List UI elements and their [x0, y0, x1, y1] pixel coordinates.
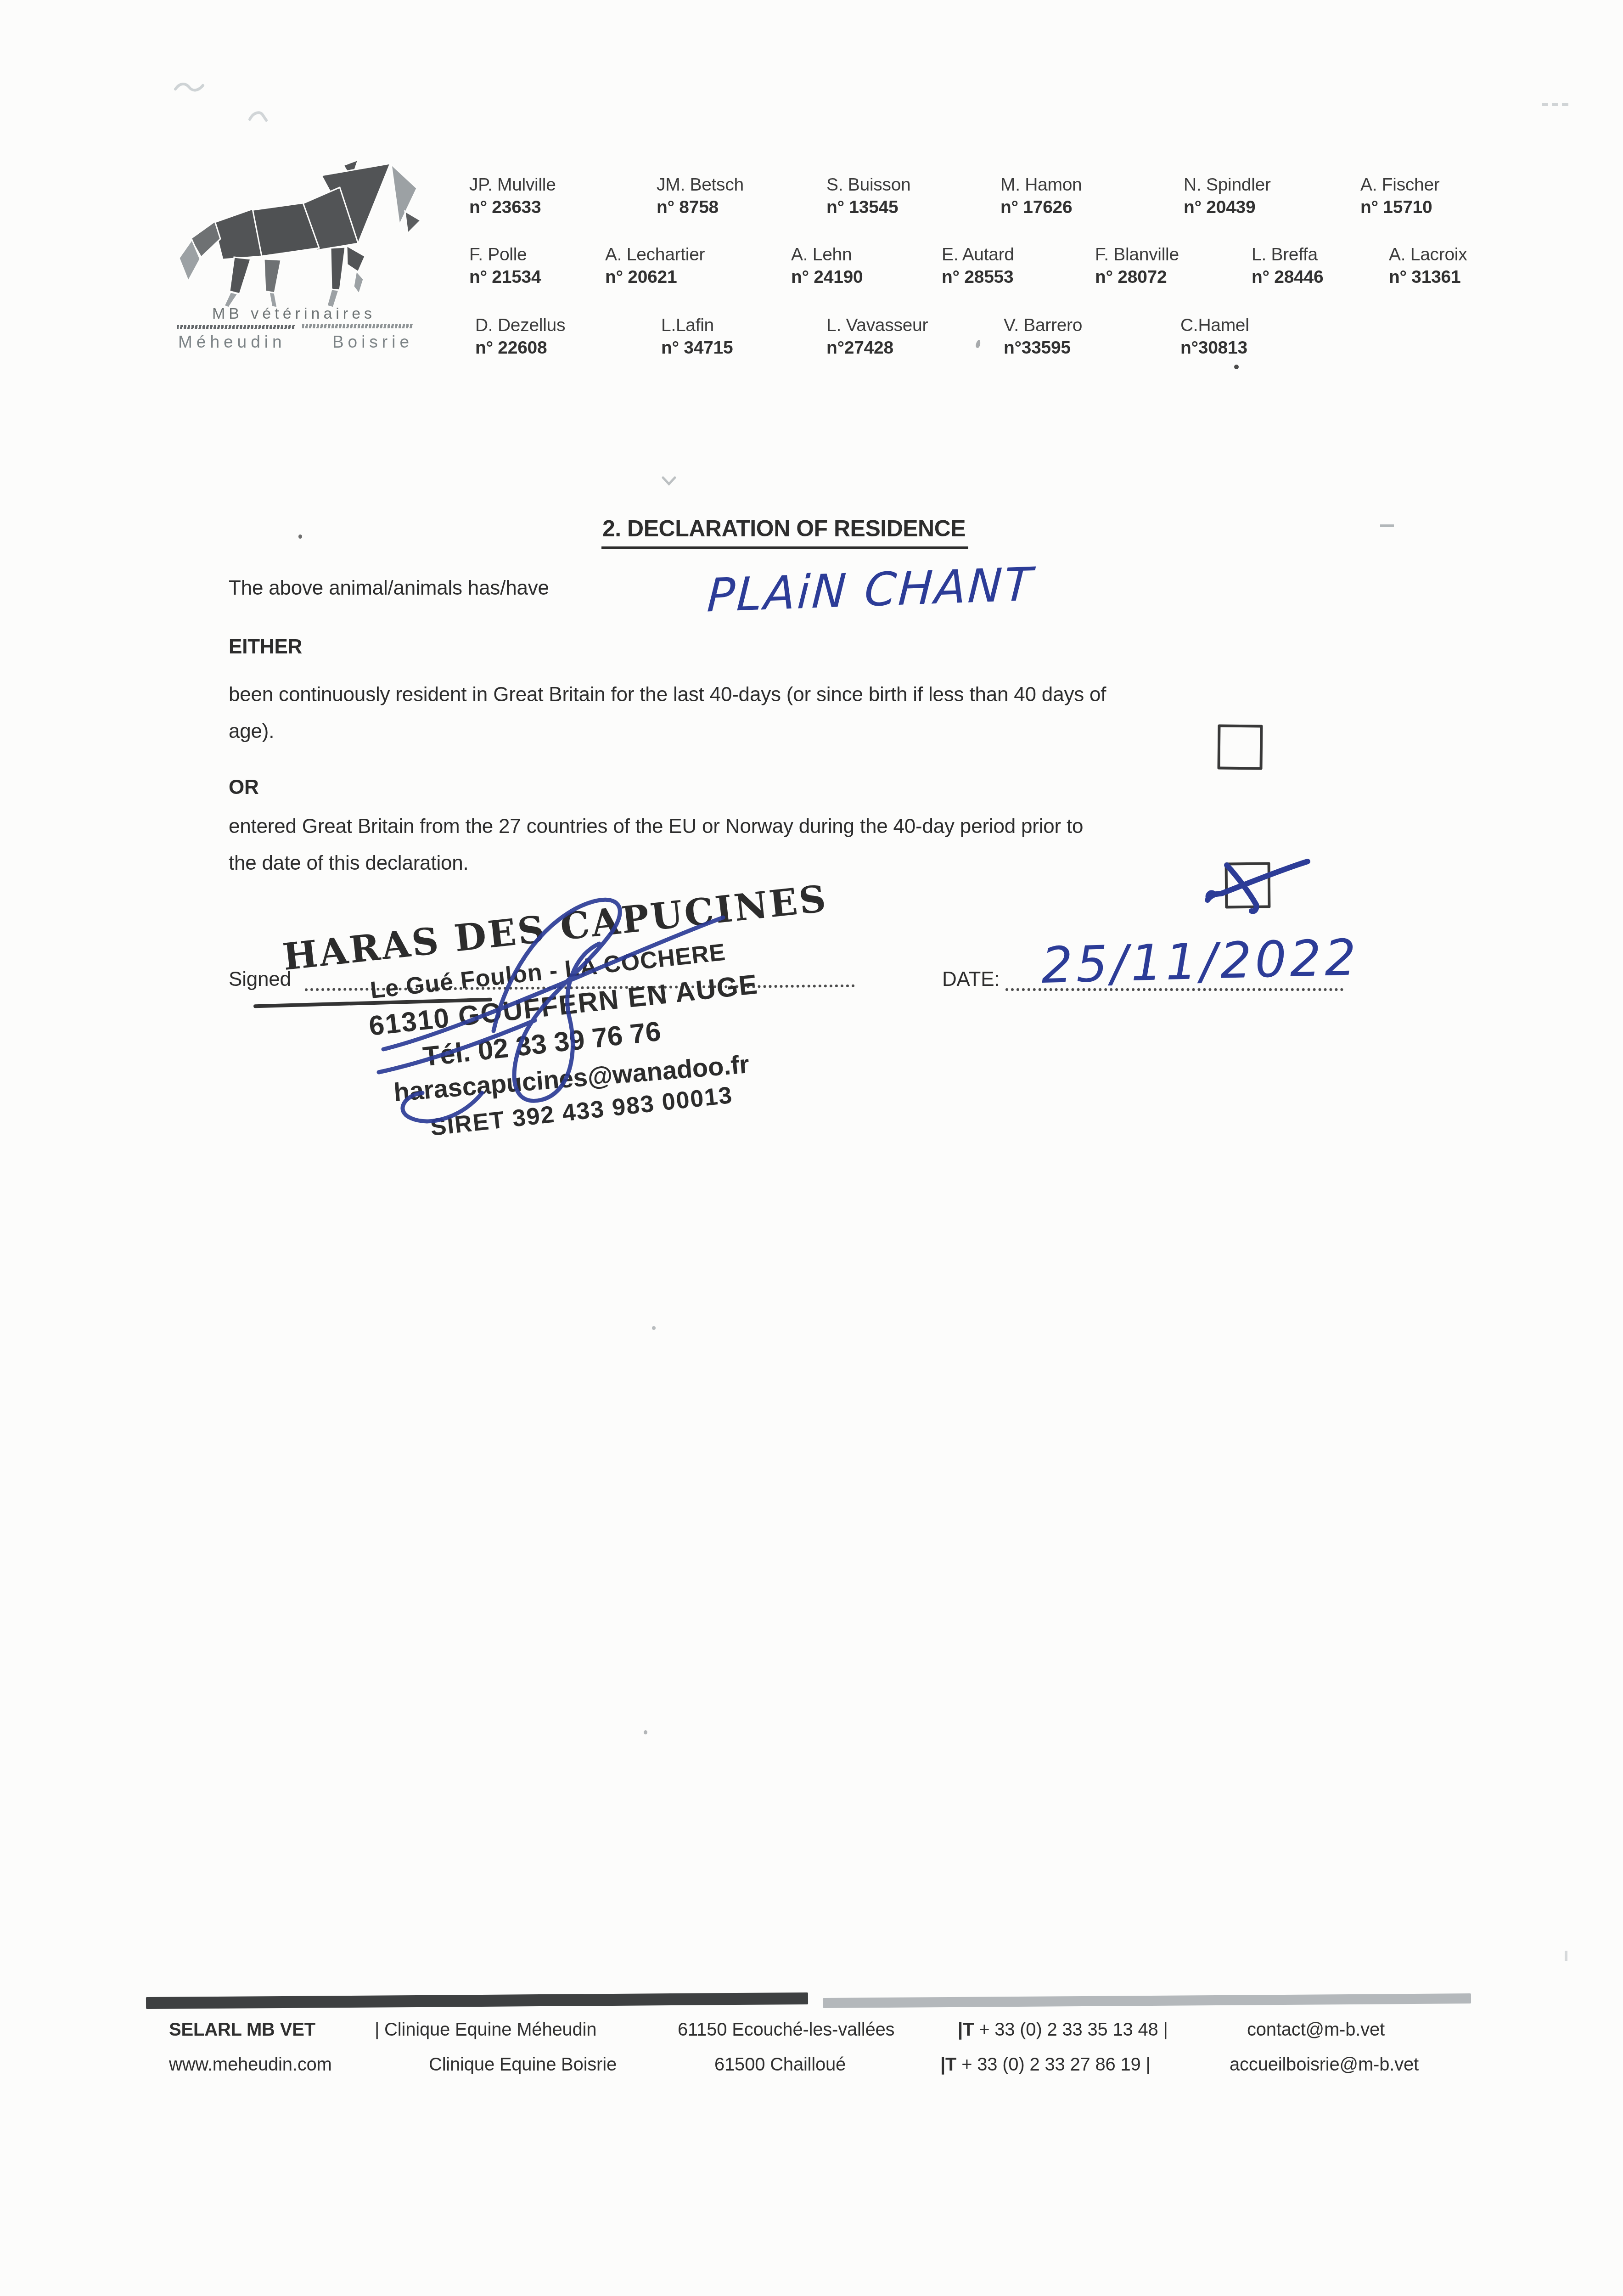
vet-entry: A. Lehn n° 24190: [791, 242, 863, 287]
vet-number: n° 28446: [1252, 267, 1323, 287]
footer-address-1: 61150 Ecouché-les-vallées: [678, 2020, 894, 2040]
footer-website: www.meheudin.com: [169, 2054, 332, 2075]
vet-name: C.Hamel: [1180, 313, 1249, 338]
origami-horse-logo-icon: [165, 156, 422, 308]
vet-name: D. Dezellus: [475, 313, 565, 338]
footer-bar-light: [823, 1993, 1471, 2008]
vet-entry: M. Hamon n° 17626: [1000, 173, 1082, 218]
vet-entry: F. Polle n° 21534: [469, 242, 541, 287]
vet-entry: L. Breffa n° 28446: [1252, 242, 1323, 287]
or-text-line: the date of this declaration.: [229, 852, 469, 875]
vet-number: n° 22608: [475, 338, 565, 358]
scan-noise-mark: [1542, 103, 1571, 106]
vet-number: n° 24190: [791, 267, 863, 287]
either-text-line: been continuously resident in Great Brit…: [229, 683, 1106, 706]
brand-name-boisrie: Boisrie: [332, 332, 413, 352]
vet-number: n°30813: [1180, 338, 1249, 358]
scan-noise-mark: [1380, 524, 1394, 527]
footer-clinic-2: Clinique Equine Boisrie: [429, 2054, 617, 2075]
vet-name: A. Lehn: [791, 242, 863, 267]
vet-number: n° 21534: [469, 267, 541, 287]
footer-email-1: contact@m-b.vet: [1247, 2020, 1385, 2040]
footer-phone-1: |T + 33 (0) 2 33 35 13 48 |: [958, 2020, 1168, 2040]
vet-entry: A. Fischer n° 15710: [1360, 173, 1440, 218]
vet-number: n°27428: [826, 338, 928, 358]
vet-entry: A. Lechartier n° 20621: [605, 242, 705, 287]
scan-noise-mark: [247, 108, 270, 124]
scan-noise-mark: [661, 475, 677, 487]
footer-phone-2-t: |T: [940, 2054, 956, 2075]
intro-label: The above animal/animals has/have: [229, 577, 549, 600]
vet-name: JP. Mulville: [469, 173, 556, 197]
vet-number: n° 28072: [1095, 267, 1179, 287]
vet-entry: F. Blanville n° 28072: [1095, 242, 1179, 287]
brand-name-top: MB vétérinaires: [184, 305, 404, 323]
vet-entry: JP. Mulville n° 23633: [469, 173, 556, 218]
vet-number: n° 34715: [661, 338, 733, 358]
vet-name: L.Lafin: [661, 313, 733, 338]
vet-number: n° 23633: [469, 197, 556, 218]
scan-noise-mark: [1565, 1951, 1567, 1961]
vet-name: A. Fischer: [1360, 173, 1440, 197]
vet-number: n° 20439: [1184, 197, 1271, 218]
section-title: 2. DECLARATION OF RESIDENCE: [601, 515, 968, 549]
footer-email-2: accueilboisrie@m-b.vet: [1230, 2054, 1419, 2075]
vet-entry: N. Spindler n° 20439: [1184, 173, 1271, 218]
vet-name: F. Polle: [469, 242, 541, 267]
vet-number: n° 13545: [826, 197, 910, 218]
handwritten-date: 25/11/2022: [1040, 929, 1360, 995]
date-label: DATE:: [942, 968, 1000, 991]
footer-phone-1-number: + 33 (0) 2 33 35 13 48 |: [979, 2020, 1168, 2040]
vet-number: n° 8758: [657, 197, 744, 218]
scanned-document-page: MB vétérinaires Méheudin Boisrie JP. Mul…: [0, 0, 1623, 2296]
footer-company: SELARL MB VET: [169, 2020, 315, 2040]
scan-noise-mark: [652, 1326, 656, 1330]
scan-noise-mark: [1234, 365, 1239, 369]
footer-bar-dark: [146, 1992, 808, 2009]
footer-address-2: 61500 Chailloué: [714, 2054, 846, 2075]
scan-noise-mark: [975, 339, 981, 349]
vet-number: n° 31361: [1389, 267, 1467, 287]
vet-entry: L. Vavasseur n°27428: [826, 313, 928, 358]
vet-name: A. Lacroix: [1389, 242, 1467, 267]
brand-divider-left: [177, 325, 295, 329]
brand-name-meheudin: Méheudin: [178, 332, 286, 352]
vet-number: n° 15710: [1360, 197, 1440, 218]
footer-phone-1-t: |T: [958, 2020, 974, 2040]
vet-entry: E. Autard n° 28553: [942, 242, 1014, 287]
either-text-line: age).: [229, 720, 274, 743]
or-text-line: entered Great Britain from the 27 countr…: [229, 815, 1083, 838]
vet-name: N. Spindler: [1184, 173, 1271, 197]
vet-name: A. Lechartier: [605, 242, 705, 267]
vet-number: n° 20621: [605, 267, 705, 287]
vet-entry: L.Lafin n° 34715: [661, 313, 733, 358]
brand-name-bottom: Méheudin Boisrie: [178, 332, 413, 352]
handwritten-animal-name: PLAiN CHANT: [706, 557, 1035, 622]
vet-name: L. Vavasseur: [826, 313, 928, 338]
or-label: OR: [229, 776, 259, 799]
vet-entry: V. Barrero n°33595: [1004, 313, 1082, 358]
footer-phone-2-number: + 33 (0) 2 33 27 86 19 |: [961, 2054, 1150, 2075]
vet-entry: S. Buisson n° 13545: [826, 173, 910, 218]
scan-noise-mark: [298, 535, 302, 539]
vet-name: F. Blanville: [1095, 242, 1179, 267]
scan-noise-mark: [644, 1730, 647, 1734]
vet-name: L. Breffa: [1252, 242, 1323, 267]
vet-number: n° 28553: [942, 267, 1014, 287]
vet-number: n° 17626: [1000, 197, 1082, 218]
brand-divider-right: [302, 324, 413, 328]
vet-name: JM. Betsch: [657, 173, 744, 197]
checkbox-x-mark-icon: [1203, 855, 1313, 919]
vet-entry: D. Dezellus n° 22608: [475, 313, 565, 358]
vet-name: E. Autard: [942, 242, 1014, 267]
vet-entry: JM. Betsch n° 8758: [657, 173, 744, 218]
vet-name: M. Hamon: [1000, 173, 1082, 197]
vet-name: S. Buisson: [826, 173, 910, 197]
footer-clinic-1: | Clinique Equine Méheudin: [375, 2020, 596, 2040]
scan-noise-mark: [174, 79, 206, 96]
vet-entry: A. Lacroix n° 31361: [1389, 242, 1467, 287]
checkbox-either: [1217, 724, 1263, 770]
vet-name: V. Barrero: [1004, 313, 1082, 338]
either-label: EITHER: [229, 636, 302, 658]
vet-entry: C.Hamel n°30813: [1180, 313, 1249, 358]
signature-scribble-icon: [376, 891, 730, 1130]
footer-phone-2: |T + 33 (0) 2 33 27 86 19 |: [940, 2054, 1151, 2075]
vet-number: n°33595: [1004, 338, 1082, 358]
